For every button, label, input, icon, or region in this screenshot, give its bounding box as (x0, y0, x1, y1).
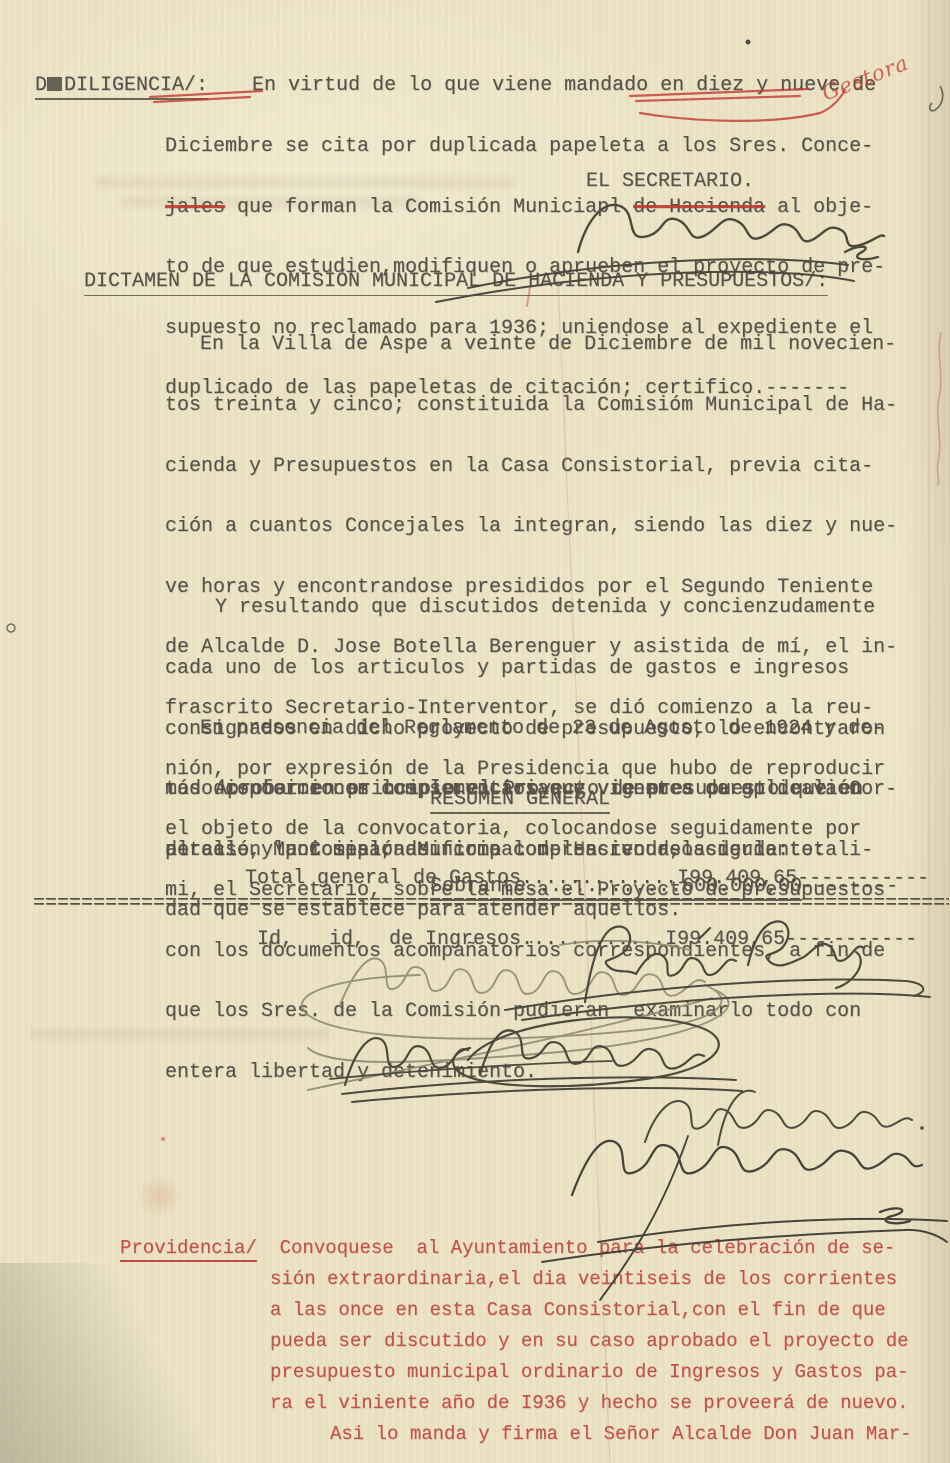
text-line: En virtud de lo que viene mandado en die… (252, 74, 876, 97)
secretario-heading: EL SECRETARIO. (586, 172, 754, 192)
text-line: entera libertad y detenimiento. (165, 1063, 925, 1083)
text-line: cada uno de los articulos y partidas de … (165, 659, 925, 679)
total-ingresos-row: Id, id, de Ingresos............I99.409,6… (245, 930, 929, 950)
providencia-line-1: Providencia/ Convoquese al Ayuntamiento … (120, 1236, 895, 1260)
text-line: DDILIGENCIA/:En virtud de lo que viene m… (35, 76, 915, 96)
red-margin-scribble (937, 332, 941, 486)
double-rule-separator: ========================================… (33, 894, 949, 914)
text-segment: al obje- (765, 196, 873, 219)
overstrike-text: D (35, 74, 47, 97)
stain-mark (138, 1172, 180, 1220)
text-line: Asi lo manda y firma el Señor Alcalde Do… (330, 1422, 912, 1446)
edge-ink-mark (930, 86, 943, 111)
diligencia-label: DILIGENCIA/: (64, 74, 208, 97)
overstrike-blot (47, 77, 62, 91)
red-dot (161, 1137, 165, 1141)
text-line: sión extraordinaria,el dia veintiseis de… (270, 1267, 897, 1291)
text-line: En la Villa de Aspe a veinte de Diciembr… (165, 335, 925, 355)
struck-text: jales (165, 196, 225, 219)
text-line: a las once en esta Casa Consistorial,con… (270, 1298, 886, 1322)
text-line: tos treinta y cinco; constituida la Comi… (165, 396, 925, 416)
providencia-label: Providencia/ (120, 1237, 257, 1262)
text-line: ción a cuantos Concejales la integran, s… (165, 517, 925, 537)
heading-text: DICTAMEN DE LA COMISIÓN MUNICIPAL DE HAC… (84, 270, 828, 296)
margin-mark (7, 624, 15, 632)
scan-shadow (0, 1263, 250, 1463)
text-line: presupuesto municipal ordinario de Ingre… (270, 1360, 909, 1384)
text-line: que los Sres. de la Comisión pudieran ex… (165, 1002, 925, 1022)
text-line: pueda ser discutido y en su caso aprobad… (270, 1329, 909, 1353)
text-line: jales que forman la Comisión Municiapl d… (165, 198, 915, 218)
text-line: ra el viniente año de I936 y hecho se pr… (270, 1391, 909, 1415)
struck-text: de Hacienda (633, 196, 765, 219)
heading-text: RESUMEN GENERAL (430, 788, 610, 814)
text-segment: Convoquese al Ayuntamiento para la celeb… (257, 1237, 896, 1259)
text-line: Diciembre se cita por duplicada papeleta… (165, 137, 915, 157)
text-line: cienda y Presupuestos en la Casa Consist… (165, 457, 925, 477)
text-line: Y resultando que discutidos detenida y c… (165, 598, 925, 618)
dictamen-heading: DICTAMEN DE LA COMISIÓN MUNICIPAL DE HAC… (84, 272, 828, 292)
text-segment: que forman la Comisión Municiapl (225, 196, 633, 219)
text-line: En presencia del Reglamento de 23 de Ago… (165, 719, 925, 739)
document-page: DDILIGENCIA/:En virtud de lo que viene m… (0, 0, 950, 1463)
resumen-heading: RESUMEN GENERAL (430, 790, 610, 810)
